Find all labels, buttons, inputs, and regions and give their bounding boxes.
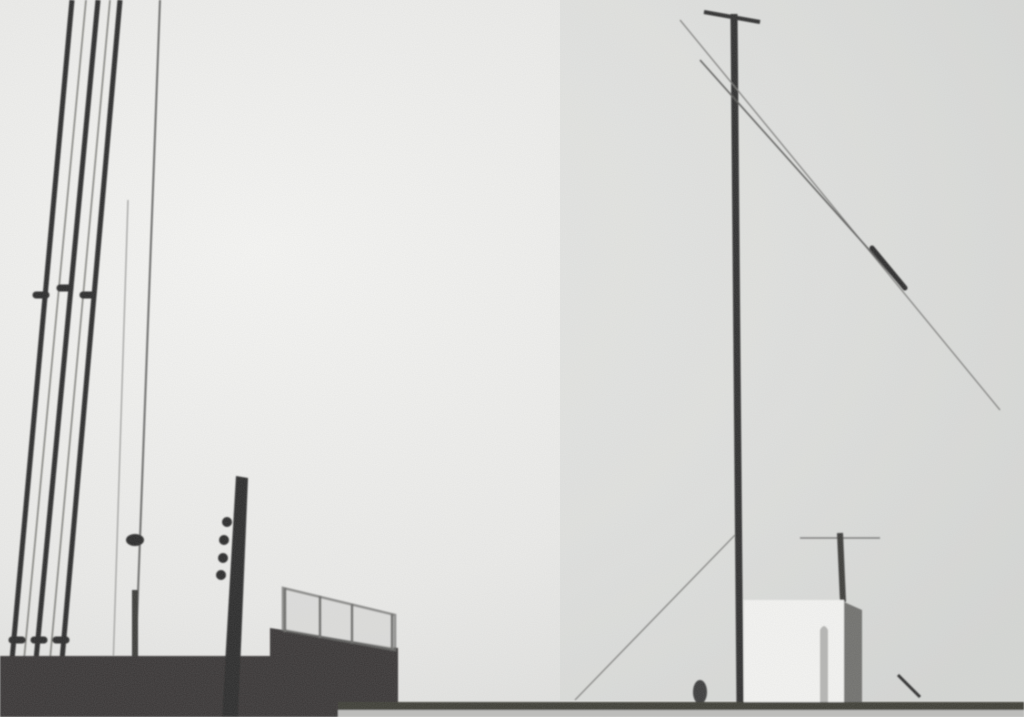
antenna-photograph bbox=[0, 0, 1024, 717]
film-grain bbox=[0, 0, 1024, 717]
